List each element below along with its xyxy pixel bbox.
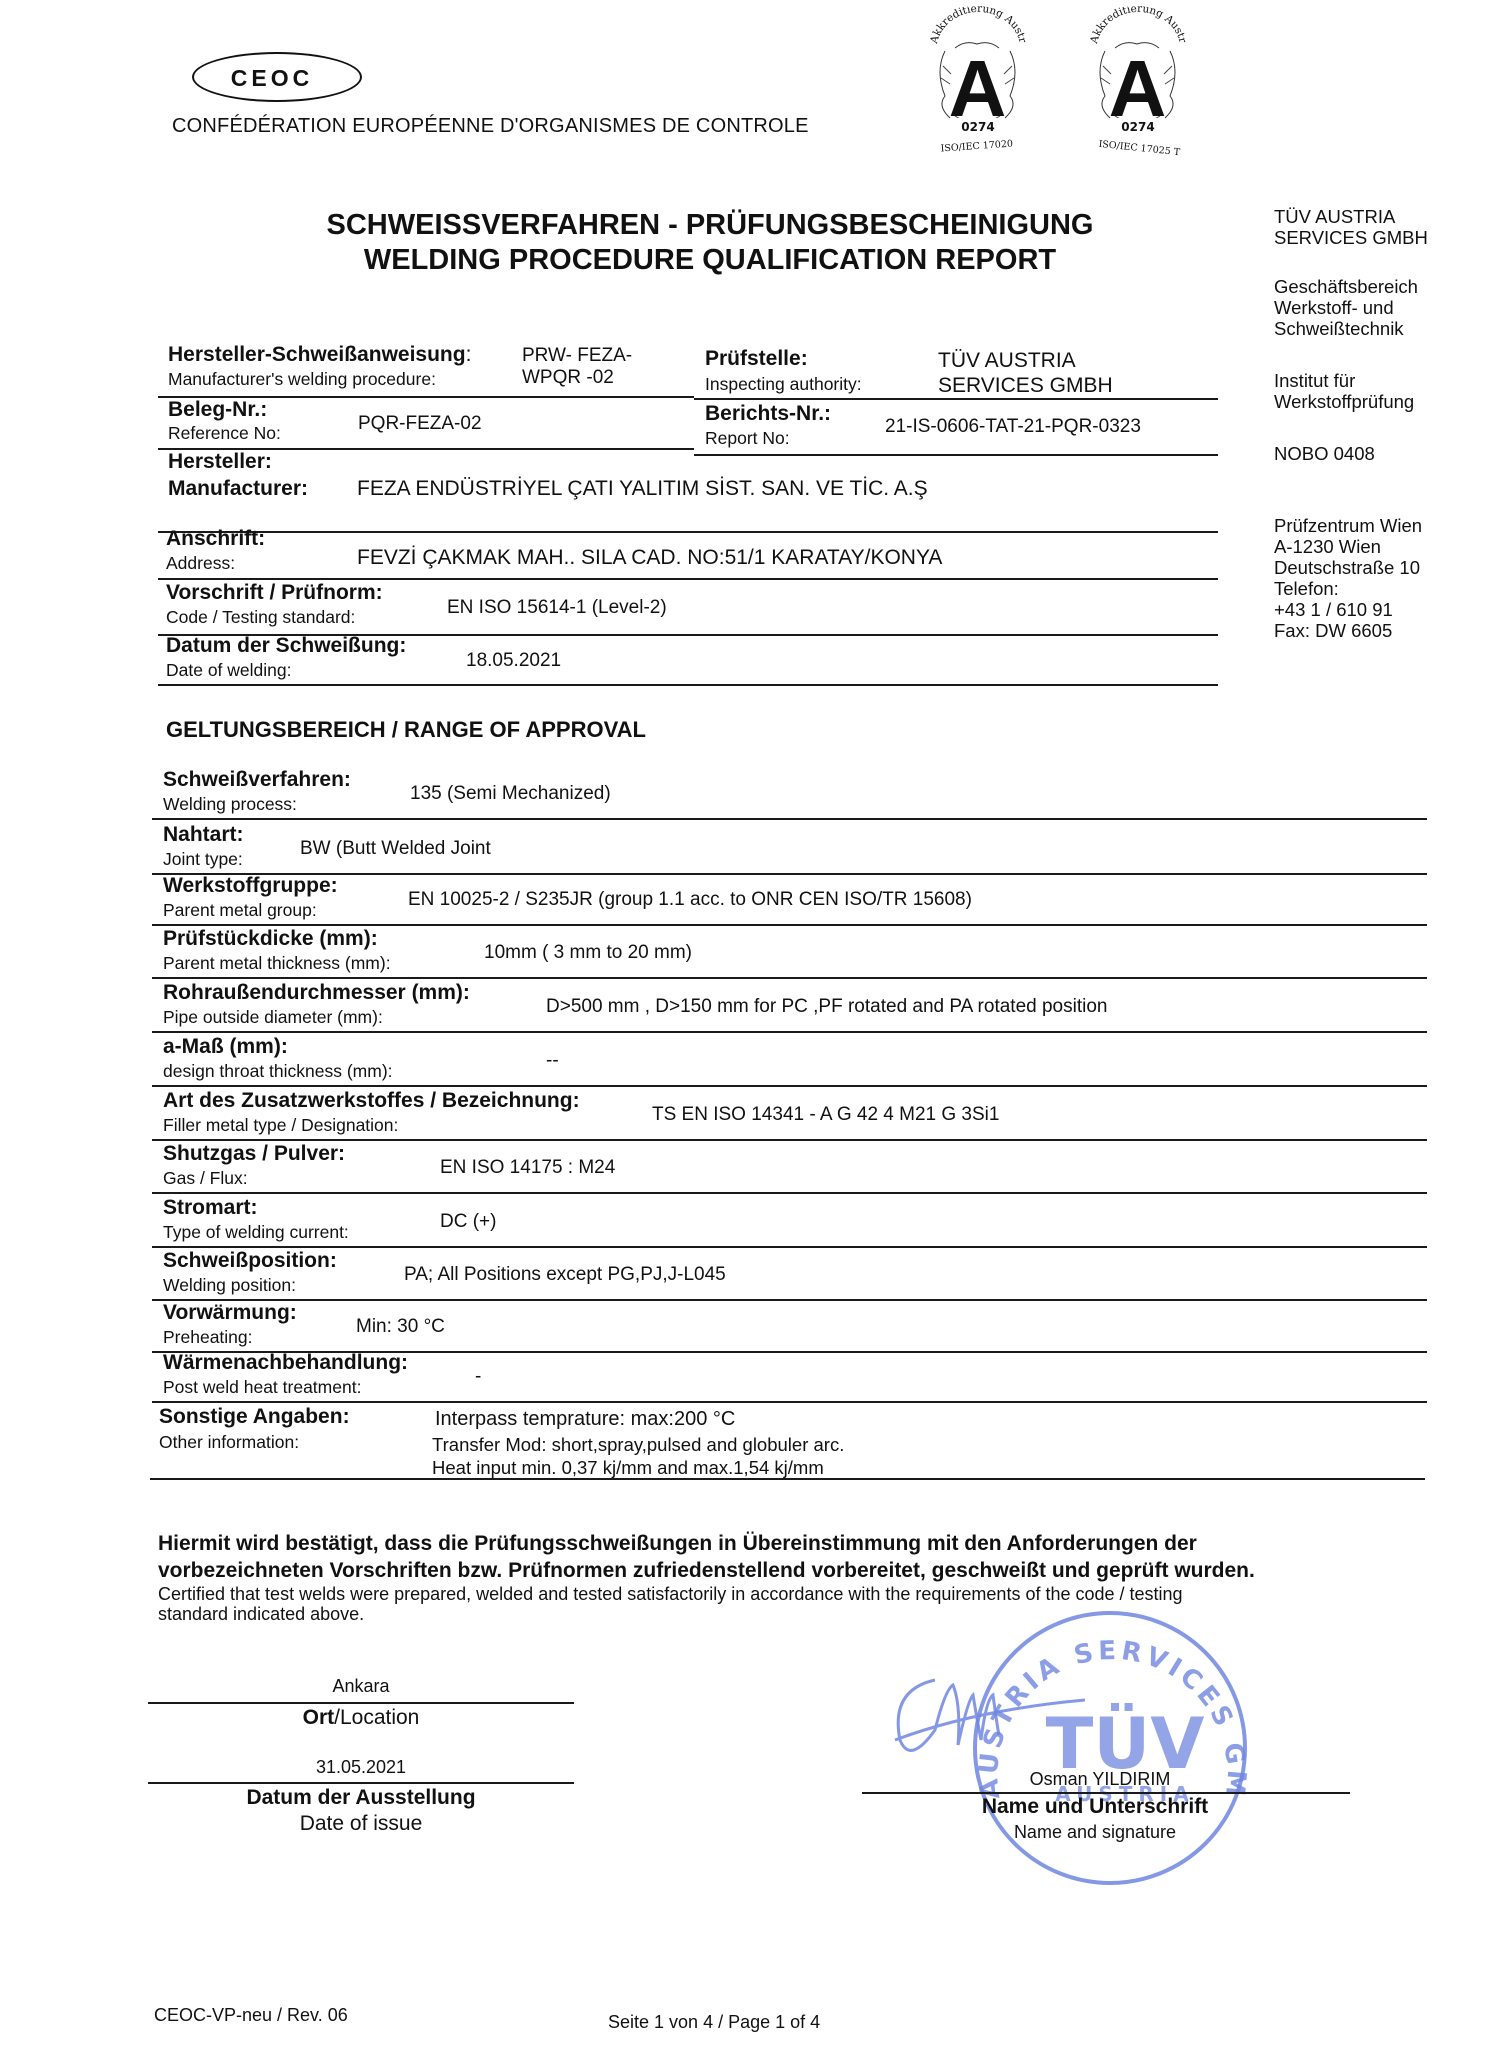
svg-text:Akkreditierung Austria: Akkreditierung Austria	[1085, 6, 1189, 46]
svg-text:ISO/IEC 17025 T: ISO/IEC 17025 T	[1098, 139, 1181, 156]
range-row-label-de: Rohraußendurchmesser (mm):	[163, 981, 470, 1005]
range-row-label-en: Welding position:	[163, 1275, 296, 1296]
sidebar-institute-line: Institut für	[1274, 370, 1414, 391]
authority-label-en: Inspecting authority:	[705, 374, 862, 395]
svg-text:0274: 0274	[961, 120, 994, 134]
manufacturer-value: FEZA ENDÜSTRİYEL ÇATI YALITIM SİST. SAN.…	[357, 477, 928, 501]
form-id: CEOC-VP-neu / Rev. 06	[154, 2005, 348, 2026]
range-row-value: PA; All Positions except PG,PJ,J-L045	[404, 1264, 726, 1286]
divider	[152, 1192, 1427, 1194]
authority-value-line: SERVICES GMBH	[938, 373, 1113, 398]
divider	[152, 873, 1427, 875]
divider	[158, 531, 1218, 533]
divider	[152, 977, 1427, 979]
range-row-label-de: Wärmenachbehandlung:	[163, 1351, 408, 1375]
address-label-en: Address:	[166, 553, 235, 574]
range-row-label-de: Vorwärmung:	[163, 1301, 297, 1325]
weld-date-value: 18.05.2021	[466, 650, 561, 672]
divider	[694, 454, 1218, 456]
sidebar-division-line: Schweißtechnik	[1274, 318, 1418, 339]
issue-date-value: 31.05.2021	[148, 1757, 574, 1778]
location-value: Ankara	[148, 1676, 574, 1697]
range-row-label-de: Stromart:	[163, 1196, 258, 1220]
manufacturer-label-en: Manufacturer:	[168, 477, 308, 501]
procedure-label-de: Hersteller-Schweißanweisung:	[168, 343, 471, 367]
divider	[158, 684, 1218, 686]
range-of-approval-heading: GELTUNGSBEREICH / RANGE OF APPROVAL	[166, 717, 646, 743]
range-row-value: DC (+)	[440, 1211, 496, 1233]
weld-date-label-en: Date of welding:	[166, 660, 292, 681]
manufacturer-label-de: Hersteller:	[168, 450, 272, 474]
range-row-label-de: Shutzgas / Pulver:	[163, 1142, 345, 1166]
divider	[150, 1478, 1425, 1480]
range-row-label-de: Schweißverfahren:	[163, 768, 351, 792]
sidebar-address-line: +43 1 / 610 91	[1274, 599, 1422, 620]
range-row-label-en: Parent metal group:	[163, 900, 317, 921]
location-label: Ort/Location	[148, 1706, 574, 1730]
range-row-label-en: Gas / Flux:	[163, 1168, 248, 1189]
austrian-eagle-accreditation-icon: Akkreditierung Austria A 0274 ISO/IEC 17…	[925, 6, 1030, 156]
sidebar-company-line: SERVICES GMBH	[1274, 227, 1428, 248]
sidebar-nobo: NOBO 0408	[1274, 443, 1375, 464]
signer-label-en: Name and signature	[930, 1822, 1260, 1843]
range-row-value: --	[546, 1050, 559, 1072]
report-value: 21-IS-0606-TAT-21-PQR-0323	[885, 416, 1141, 438]
sidebar-address-line: A-1230 Wien	[1274, 536, 1422, 557]
divider	[862, 1792, 1350, 1794]
report-label-de: Berichts-Nr.:	[705, 402, 831, 426]
document-title: SCHWEISSVERFAHREN - PRÜFUNGSBESCHEINIGUN…	[300, 208, 1120, 278]
divider	[152, 1031, 1427, 1033]
range-row-label-de: Prüfstückdicke (mm):	[163, 927, 378, 951]
divider	[148, 1782, 574, 1784]
sidebar-institute: Institut für Werkstoffprüfung	[1274, 370, 1414, 412]
weld-date-label-de: Datum der Schweißung:	[166, 634, 406, 658]
accreditation-badge-17025: Akkreditierung Austria A 0274 ISO/IEC 17…	[1085, 6, 1190, 156]
sidebar-company-line: TÜV AUSTRIA	[1274, 206, 1428, 227]
sidebar-address-line: Prüfzentrum Wien	[1274, 515, 1422, 536]
reference-label-en: Reference No:	[168, 423, 281, 444]
other-info-label-en: Other information:	[159, 1432, 299, 1453]
divider	[152, 1085, 1427, 1087]
range-row-value: Min: 30 °C	[356, 1316, 445, 1338]
range-row-label-en: Parent metal thickness (mm):	[163, 953, 391, 974]
sidebar-address-line: Deutschstraße 10	[1274, 557, 1422, 578]
range-row-value: TS EN ISO 14341 - A G 42 4 M21 G 3Si1	[652, 1104, 999, 1126]
range-row-label-de: Schweißposition:	[163, 1249, 337, 1273]
page-number: Seite 1 von 4 / Page 1 of 4	[608, 2012, 820, 2033]
reference-value: PQR-FEZA-02	[358, 413, 482, 435]
range-row-label-en: Filler metal type / Designation:	[163, 1115, 398, 1136]
statement-german: vorbezeichneten Vorschriften bzw. Prüfno…	[158, 1557, 1418, 1584]
divider	[152, 818, 1427, 820]
range-row-label-en: design throat thickness (mm):	[163, 1061, 393, 1082]
divider	[152, 1401, 1427, 1403]
range-row-value: EN ISO 14175 : M24	[440, 1157, 615, 1179]
address-label-de: Anschrift:	[166, 527, 265, 551]
issue-date-label-de: Datum der Ausstellung	[148, 1786, 574, 1810]
other-info-label-de: Sonstige Angaben:	[159, 1405, 350, 1429]
austrian-eagle-accreditation-icon: Akkreditierung Austria A 0274 ISO/IEC 17…	[1085, 6, 1190, 156]
report-label-en: Report No:	[705, 428, 790, 449]
handwritten-signature	[885, 1660, 1085, 1780]
ceoc-logo: CEOC	[192, 52, 362, 102]
authority-label-de: Prüfstelle:	[705, 347, 808, 371]
svg-text:0274: 0274	[1121, 120, 1154, 134]
other-info-line: Interpass temprature: max:200 °C	[435, 1408, 735, 1431]
authority-value: TÜV AUSTRIA SERVICES GMBH	[938, 348, 1113, 398]
range-row-label-en: Preheating:	[163, 1327, 253, 1348]
range-row-value: EN 10025-2 / S235JR (group 1.1 acc. to O…	[408, 889, 972, 911]
organization-name: CONFÉDÉRATION EUROPÉENNE D'ORGANISMES DE…	[172, 115, 809, 138]
sidebar-company: TÜV AUSTRIA SERVICES GMBH	[1274, 206, 1428, 248]
title-english: WELDING PROCEDURE QUALIFICATION REPORT	[300, 243, 1120, 278]
procedure-value: PRW- FEZA- WPQR -02	[522, 345, 632, 389]
procedure-value-line: PRW- FEZA-	[522, 345, 632, 367]
statement-german: Hiermit wird bestätigt, dass die Prüfung…	[158, 1530, 1418, 1557]
range-row-value: -	[475, 1366, 481, 1388]
range-row-label-en: Welding process:	[163, 794, 297, 815]
ceoc-logo-text: CEOC	[194, 65, 360, 92]
range-row-value: 135 (Semi Mechanized)	[410, 783, 611, 805]
range-row-label-de: Nahtart:	[163, 823, 244, 847]
authority-value-line: TÜV AUSTRIA	[938, 348, 1113, 373]
signer-name: Osman YILDIRIM	[1000, 1769, 1200, 1790]
range-row-label-de: a-Maß (mm):	[163, 1035, 288, 1059]
code-label-de: Vorschrift / Prüfnorm:	[166, 581, 383, 605]
range-row-label-en: Joint type:	[163, 849, 243, 870]
issue-date-label-en: Date of issue	[148, 1812, 574, 1836]
sidebar-division-line: Werkstoff- und	[1274, 297, 1418, 318]
range-row-value: 10mm ( 3 mm to 20 mm)	[484, 942, 692, 964]
reference-label-de: Beleg-Nr.:	[168, 398, 267, 422]
sidebar-division: Geschäftsbereich Werkstoff- und Schweißt…	[1274, 276, 1418, 339]
divider	[694, 398, 1218, 400]
sidebar-address-line: Fax: DW 6605	[1274, 620, 1422, 641]
range-row-value: D>500 mm , D>150 mm for PC ,PF rotated a…	[546, 996, 1107, 1018]
divider	[152, 1299, 1427, 1301]
other-info-line: Heat input min. 0,37 kj/mm and max.1,54 …	[432, 1457, 824, 1479]
sidebar-address-line: Telefon:	[1274, 578, 1422, 599]
sidebar-address: Prüfzentrum Wien A-1230 Wien Deutschstra…	[1274, 515, 1422, 641]
other-info-line: Transfer Mod: short,spray,pulsed and glo…	[432, 1434, 844, 1456]
range-row-value: BW (Butt Welded Joint	[300, 838, 491, 860]
divider	[148, 1702, 574, 1704]
divider	[152, 1246, 1427, 1248]
divider	[158, 578, 1218, 580]
title-german: SCHWEISSVERFAHREN - PRÜFUNGSBESCHEINIGUN…	[300, 208, 1120, 243]
code-label-en: Code / Testing standard:	[166, 607, 355, 628]
range-row-label-de: Art des Zusatzwerkstoffes / Bezeichnung:	[163, 1089, 580, 1113]
range-row-label-en: Pipe outside diameter (mm):	[163, 1007, 383, 1028]
range-row-label-en: Type of welding current:	[163, 1222, 349, 1243]
code-value: EN ISO 15614-1 (Level-2)	[447, 597, 667, 619]
svg-text:Akkreditierung Austria: Akkreditierung Austria	[925, 6, 1029, 46]
procedure-value-line: WPQR -02	[522, 367, 632, 389]
signer-label-de: Name und Unterschrift	[930, 1795, 1260, 1819]
sidebar-division-line: Geschäftsbereich	[1274, 276, 1418, 297]
divider	[152, 924, 1427, 926]
address-value: FEVZİ ÇAKMAK MAH.. SILA CAD. NO:51/1 KAR…	[357, 546, 942, 570]
procedure-label-en: Manufacturer's welding procedure:	[168, 369, 436, 390]
svg-text:ISO/IEC 17020: ISO/IEC 17020	[940, 138, 1013, 154]
range-row-label-de: Werkstoffgruppe:	[163, 874, 338, 898]
range-row-label-en: Post weld heat treatment:	[163, 1377, 361, 1398]
sidebar-institute-line: Werkstoffprüfung	[1274, 391, 1414, 412]
divider	[152, 1139, 1427, 1141]
accreditation-badge-17020: Akkreditierung Austria A 0274 ISO/IEC 17…	[925, 6, 1030, 156]
